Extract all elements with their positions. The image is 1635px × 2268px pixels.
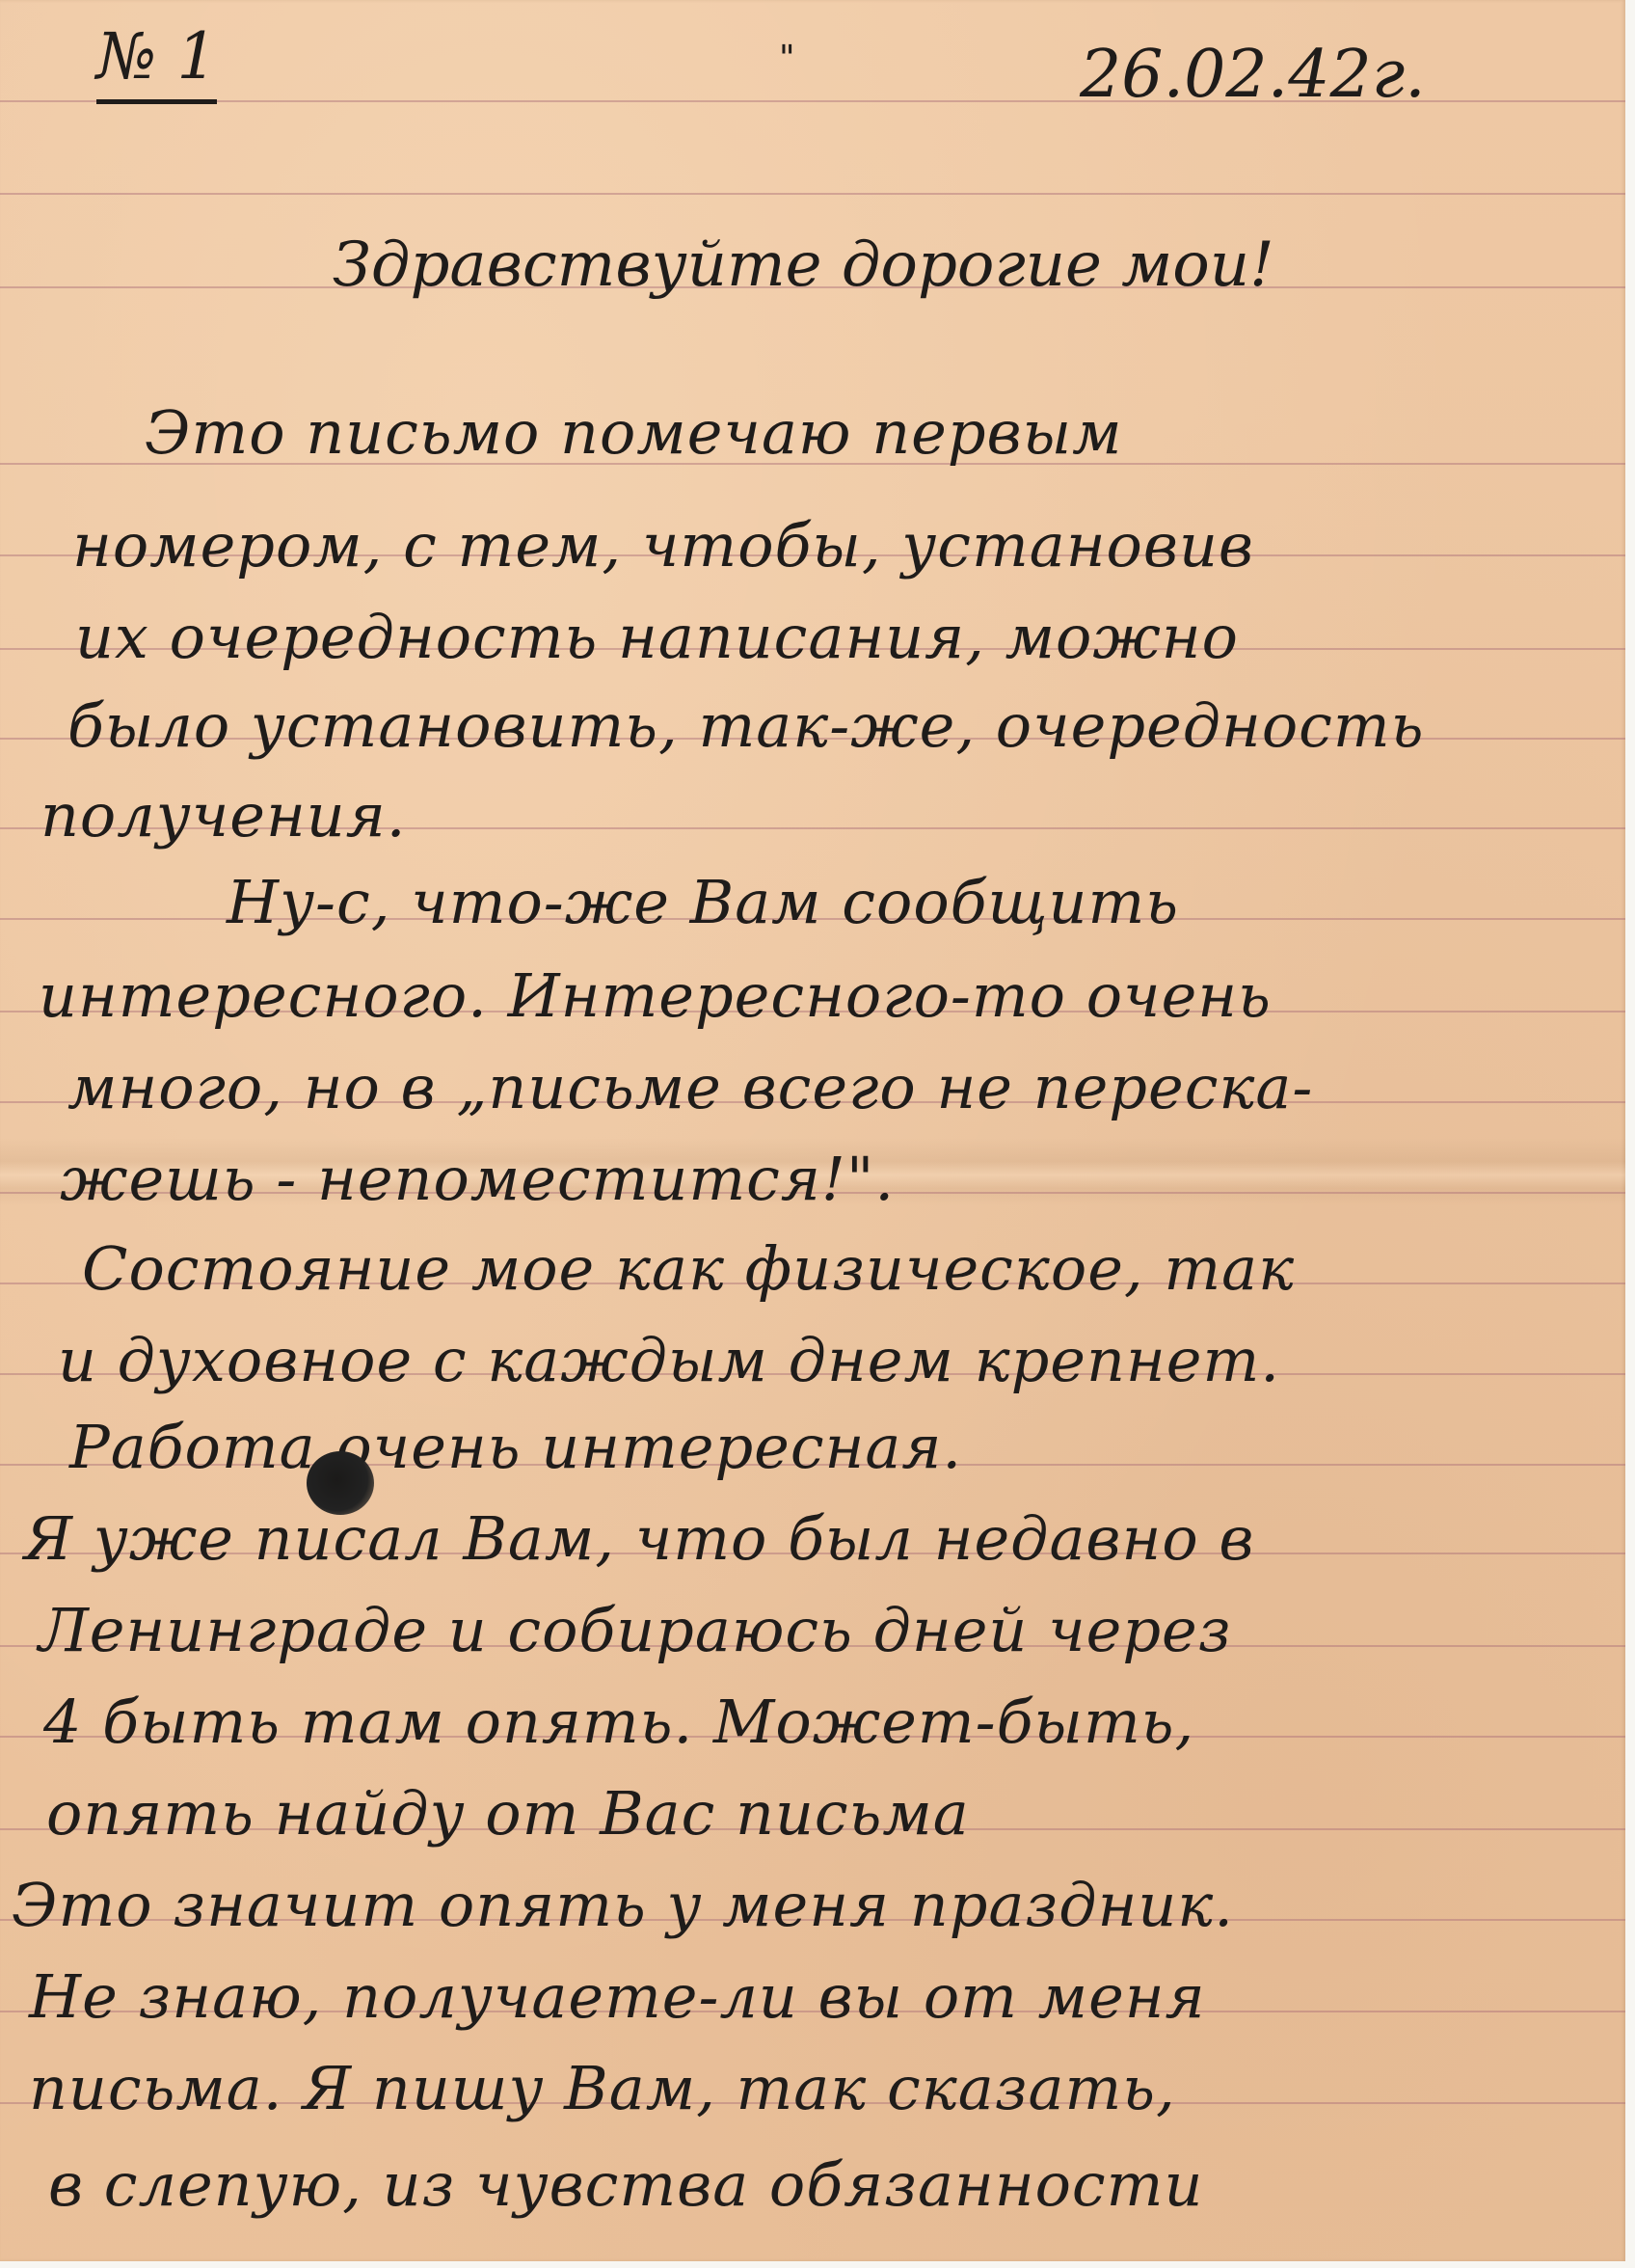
letter-line: 4 быть там опять. Может-быть, <box>43 1692 1635 1752</box>
letter-line: опять найду от Вас письма <box>46 1784 1635 1844</box>
letter-line: много, но в „письме всего не переска- <box>67 1058 1635 1118</box>
letter-line: Не знаю, получаете-ли вы от меня <box>29 1967 1635 2027</box>
letter-line: в слепую, из чувства обязанности <box>48 2155 1635 2215</box>
header-mark: " <box>779 39 795 78</box>
letter-line: получения. <box>40 786 1635 846</box>
letter-line: Работа очень интересная. <box>69 1417 1635 1477</box>
scan-margin-bottom <box>0 2261 1635 2268</box>
letter-line: Ленинграде и собираюсь дней через <box>39 1601 1635 1660</box>
letter-date: 26.02.42г. <box>1080 37 1426 113</box>
letter-page: № 1 " 26.02.42г. Здравствуйте дорогие мо… <box>0 0 1625 2261</box>
letter-line: Это значит опять у меня праздник. <box>12 1876 1635 1935</box>
letter-line: и духовное с каждым днем крепнет. <box>58 1331 1635 1390</box>
scan-margin-right <box>1625 0 1635 2268</box>
letter-line: жешь - непоместится!". <box>60 1149 1635 1209</box>
letter-line: Это письмо помечаю первым <box>145 403 1635 463</box>
letter-greeting: Здравствуйте дорогие мои! <box>333 229 1274 301</box>
letter-line: Я уже писал Вам, что был недавно в <box>24 1509 1635 1569</box>
letter-line: письма. Я пишу Вам, так сказать, <box>29 2059 1635 2119</box>
ink-blot <box>307 1451 374 1515</box>
ruled-line <box>0 193 1625 195</box>
letter-line: было установить, так-же, очередность <box>67 696 1635 756</box>
letter-line: номером, с тем, чтобы, установив <box>72 516 1635 576</box>
letter-line: Состояние мое как физическое, так <box>82 1239 1635 1299</box>
letter-number: № 1 <box>96 19 217 104</box>
letter-line: Ну-с, что-же Вам сообщить <box>227 873 1635 932</box>
letter-line: интересного. Интересного-то очень <box>39 966 1635 1026</box>
letter-line: их очередность написания, можно <box>75 607 1635 667</box>
